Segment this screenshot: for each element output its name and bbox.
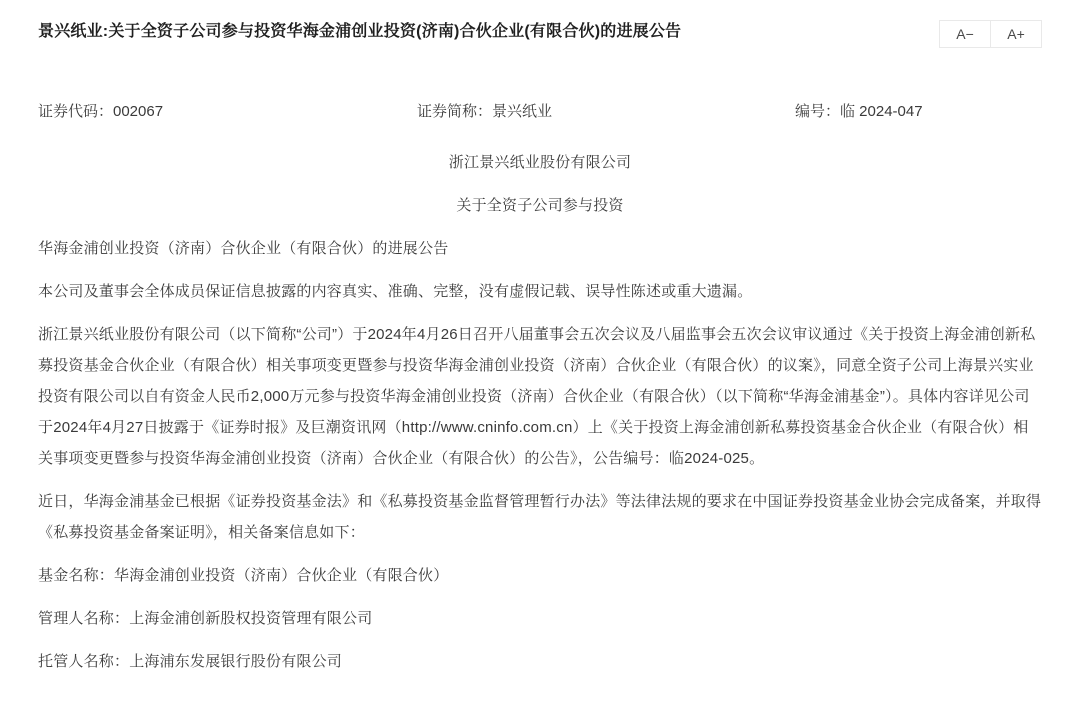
stock-code: 证券代码：002067 [38, 104, 417, 119]
paragraph-fund-name: 基金名称：华海金浦创业投资（济南）合伙企业（有限合伙） [38, 560, 1042, 591]
subtitle-line: 关于全资子公司参与投资 [38, 190, 1042, 221]
stock-name: 证券简称：景兴纸业 [417, 104, 795, 119]
announcement-number: 编号：临 2024-047 [795, 104, 1042, 119]
paragraph-manager-name: 管理人名称：上海金浦创新股权投资管理有限公司 [38, 603, 1042, 634]
font-size-controls: A− A+ [939, 20, 1042, 48]
paragraph-filing-status: 近日，华海金浦基金已根据《证券投资基金法》和《私募投资基金监督管理暂行办法》等法… [38, 486, 1042, 548]
page-title: 景兴纸业:关于全资子公司参与投资华海金浦创业投资(济南)合伙企业(有限合伙)的进… [38, 20, 681, 44]
company-name-line: 浙江景兴纸业股份有限公司 [38, 147, 1042, 178]
paragraph-custodian-name: 托管人名称：上海浦东发展银行股份有限公司 [38, 646, 1042, 677]
document-body: 浙江景兴纸业股份有限公司 关于全资子公司参与投资 华海金浦创业投资（济南）合伙企… [38, 147, 1042, 677]
font-increase-button[interactable]: A+ [990, 20, 1042, 48]
announcement-page: 景兴纸业:关于全资子公司参与投资华海金浦创业投资(济南)合伙企业(有限合伙)的进… [0, 0, 1080, 701]
paragraph-disclaimer: 本公司及董事会全体成员保证信息披露的内容真实、准确、完整，没有虚假记载、误导性陈… [38, 276, 1042, 307]
page-header: 景兴纸业:关于全资子公司参与投资华海金浦创业投资(济南)合伙企业(有限合伙)的进… [38, 0, 1042, 48]
paragraph-board-resolution: 浙江景兴纸业股份有限公司（以下简称“公司”）于2024年4月26日召开八届董事会… [38, 319, 1042, 474]
paragraph-title-continuation: 华海金浦创业投资（济南）合伙企业（有限合伙）的进展公告 [38, 233, 1042, 264]
meta-row: 证券代码：002067 证券简称：景兴纸业 编号：临 2024-047 [38, 104, 1042, 119]
font-decrease-button[interactable]: A− [939, 20, 991, 48]
